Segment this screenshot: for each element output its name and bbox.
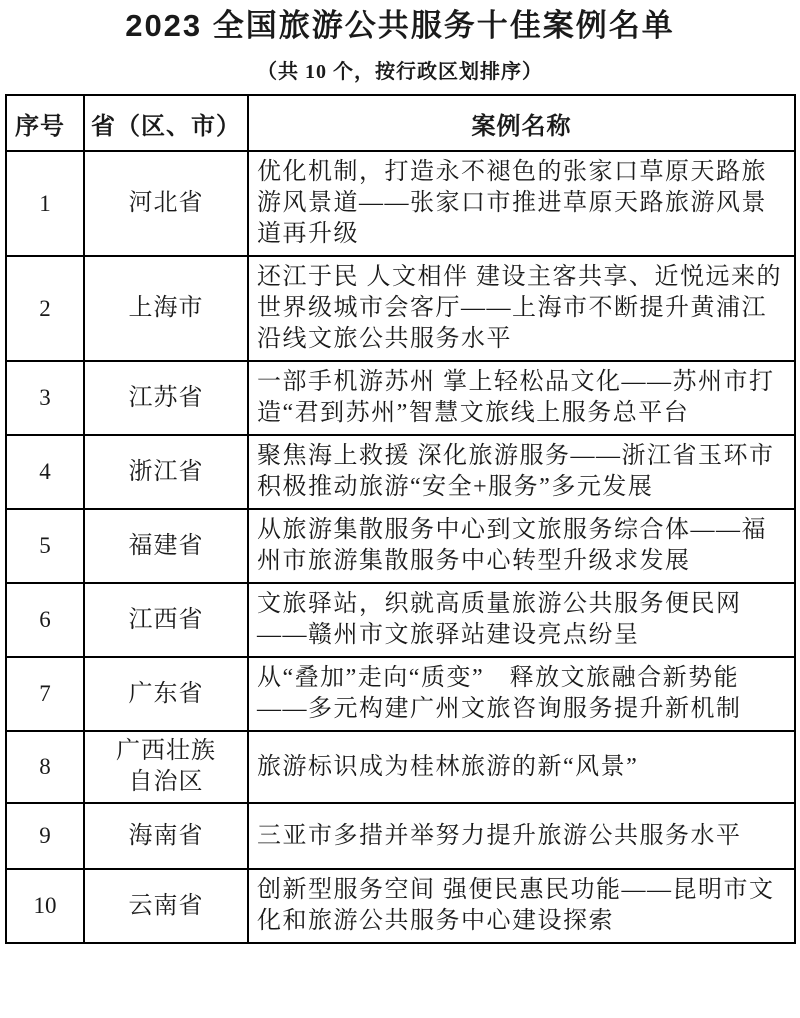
table-row: 3 江苏省 一部手机游苏州 掌上轻松品文化——苏州市打造“君到苏州”智慧文旅线上… — [6, 361, 795, 435]
case-name-cell: 三亚市多措并举努力提升旅游公共服务水平 — [248, 803, 795, 869]
case-name-cell: 优化机制，打造永不褪色的张家口草原天路旅游风景道——张家口市推进草原天路旅游风景… — [248, 151, 795, 256]
table-row: 6 江西省 文旅驿站，织就高质量旅游公共服务便民网——赣州市文旅驿站建设亮点纷呈 — [6, 583, 795, 657]
table-row: 7 广东省 从“叠加”走向“质变” 释放文旅融合新势能——多元构建广州文旅咨询服… — [6, 657, 795, 731]
table-row: 8 广西壮族 自治区 旅游标识成为桂林旅游的新“风景” — [6, 731, 795, 803]
row-number-cell: 8 — [6, 731, 84, 803]
province-cell: 广西壮族 自治区 — [84, 731, 248, 803]
table-row: 1 河北省 优化机制，打造永不褪色的张家口草原天路旅游风景道——张家口市推进草原… — [6, 151, 795, 256]
cases-table: 序号 省（区、市） 案例名称 1 河北省 优化机制，打造永不褪色的张家口草原天路… — [5, 94, 796, 944]
province-cell: 江西省 — [84, 583, 248, 657]
subtitle: （共 10 个，按行政区划排序） — [0, 59, 800, 85]
page-title: 2023 全国旅游公共服务十佳案例名单 — [0, 5, 800, 47]
table-header-row: 序号 省（区、市） 案例名称 — [6, 95, 795, 151]
case-name-cell: 从“叠加”走向“质变” 释放文旅融合新势能——多元构建广州文旅咨询服务提升新机制 — [248, 657, 795, 731]
province-cell: 江苏省 — [84, 361, 248, 435]
table-row: 10 云南省 创新型服务空间 强便民惠民功能——昆明市文化和旅游公共服务中心建设… — [6, 869, 795, 943]
province-cell: 云南省 — [84, 869, 248, 943]
province-cell: 上海市 — [84, 256, 248, 361]
province-cell: 河北省 — [84, 151, 248, 256]
case-name-cell: 聚焦海上救援 深化旅游服务——浙江省玉环市积极推动旅游“安全+服务”多元发展 — [248, 435, 795, 509]
case-name-cell: 创新型服务空间 强便民惠民功能——昆明市文化和旅游公共服务中心建设探索 — [248, 869, 795, 943]
table-row: 4 浙江省 聚焦海上救援 深化旅游服务——浙江省玉环市积极推动旅游“安全+服务”… — [6, 435, 795, 509]
document-page: 2023 全国旅游公共服务十佳案例名单 （共 10 个，按行政区划排序） 序号 … — [0, 5, 800, 1018]
case-name-cell: 旅游标识成为桂林旅游的新“风景” — [248, 731, 795, 803]
column-header-case: 案例名称 — [248, 95, 795, 151]
province-cell: 广东省 — [84, 657, 248, 731]
column-header-number: 序号 — [6, 95, 84, 151]
province-cell: 福建省 — [84, 509, 248, 583]
row-number-cell: 9 — [6, 803, 84, 869]
case-name-cell: 一部手机游苏州 掌上轻松品文化——苏州市打造“君到苏州”智慧文旅线上服务总平台 — [248, 361, 795, 435]
province-cell: 海南省 — [84, 803, 248, 869]
table-row: 5 福建省 从旅游集散服务中心到文旅服务综合体——福州市旅游集散服务中心转型升级… — [6, 509, 795, 583]
column-header-province: 省（区、市） — [84, 95, 248, 151]
row-number-cell: 6 — [6, 583, 84, 657]
row-number-cell: 10 — [6, 869, 84, 943]
row-number-cell: 4 — [6, 435, 84, 509]
row-number-cell: 2 — [6, 256, 84, 361]
table-row: 9 海南省 三亚市多措并举努力提升旅游公共服务水平 — [6, 803, 795, 869]
row-number-cell: 5 — [6, 509, 84, 583]
case-name-cell: 还江于民 人文相伴 建设主客共享、近悦远来的世界级城市会客厅——上海市不断提升黄… — [248, 256, 795, 361]
province-cell: 浙江省 — [84, 435, 248, 509]
row-number-cell: 7 — [6, 657, 84, 731]
case-name-cell: 文旅驿站，织就高质量旅游公共服务便民网——赣州市文旅驿站建设亮点纷呈 — [248, 583, 795, 657]
case-name-cell: 从旅游集散服务中心到文旅服务综合体——福州市旅游集散服务中心转型升级求发展 — [248, 509, 795, 583]
table-row: 2 上海市 还江于民 人文相伴 建设主客共享、近悦远来的世界级城市会客厅——上海… — [6, 256, 795, 361]
row-number-cell: 1 — [6, 151, 84, 256]
row-number-cell: 3 — [6, 361, 84, 435]
